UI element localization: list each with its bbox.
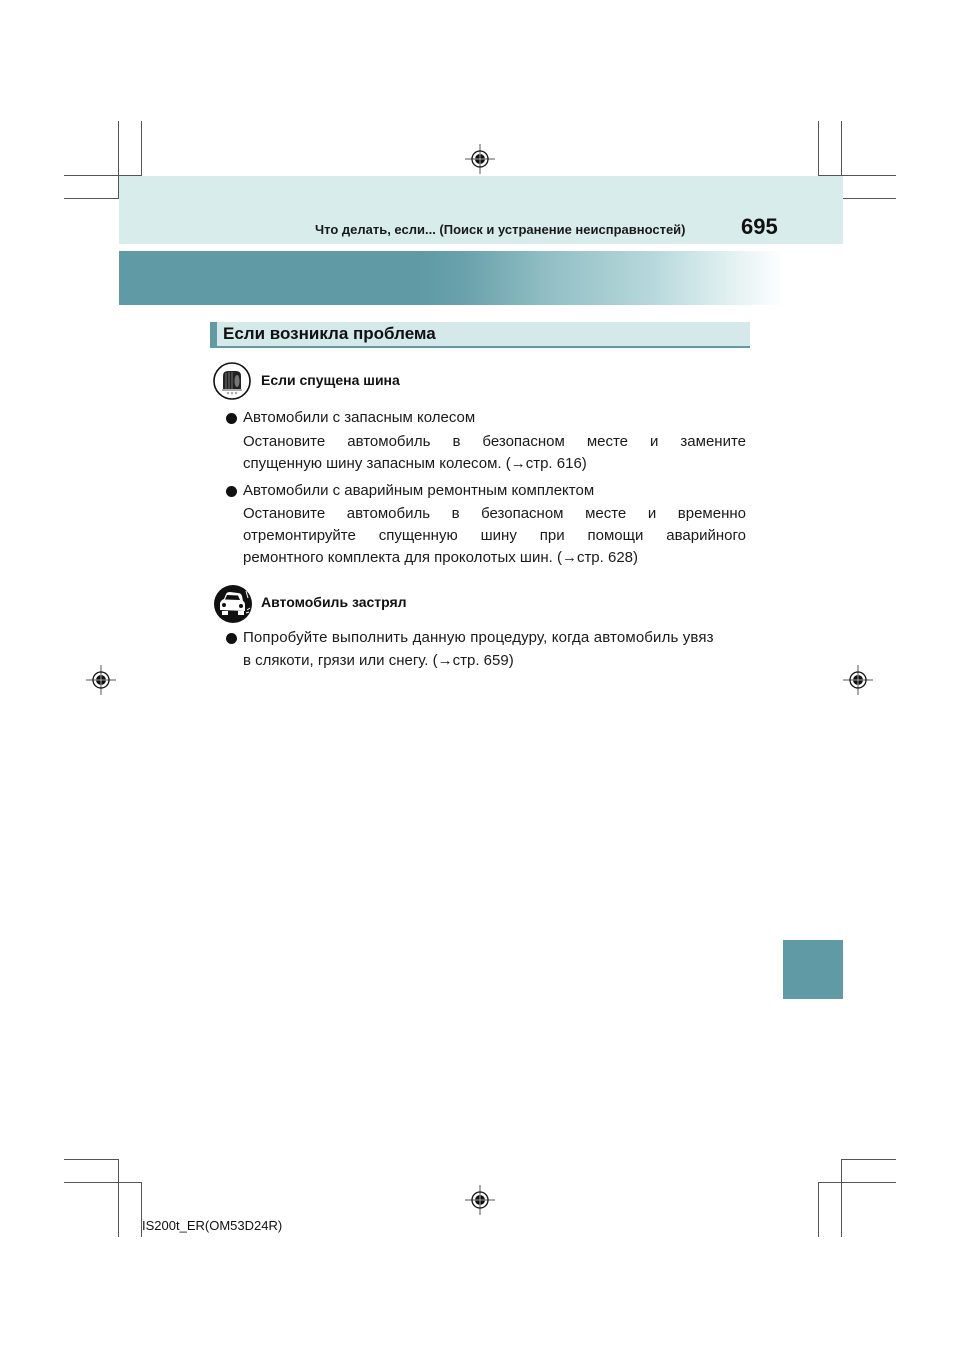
section-heading: Если возникла проблема (210, 322, 750, 348)
registration-mark-icon (86, 665, 116, 695)
topic-heading-flat-tire: Если спущена шина (261, 372, 400, 388)
bullet-icon (226, 633, 237, 644)
bullet-title: Автомобили с аварийным ремонтным комплек… (243, 482, 594, 499)
crop-mark (64, 198, 119, 199)
crop-mark (818, 1182, 819, 1237)
body-line: отремонтируйтеспущеннуюшинуприпомощиавар… (243, 527, 746, 544)
body-line: в слякоти, грязи или снегу. (→стр. 659) (243, 652, 514, 669)
bullet-icon (226, 413, 237, 424)
chapter-band (119, 251, 785, 305)
flat-tire-icon (213, 362, 251, 400)
bullet-title: Автомобили с запасным колесом (243, 409, 475, 426)
crop-mark (64, 1182, 142, 1183)
bullet-icon (226, 486, 237, 497)
body-line: Остановитеавтомобильвбезопасномместеизам… (243, 433, 746, 450)
crop-mark (818, 121, 819, 176)
registration-mark-icon (465, 144, 495, 174)
crop-mark (818, 1182, 896, 1183)
crop-mark (141, 121, 142, 176)
document-code: IS200t_ER(OM53D24R) (142, 1218, 282, 1233)
registration-mark-icon (843, 665, 873, 695)
crop-mark (841, 198, 896, 199)
registration-mark-icon (465, 1185, 495, 1215)
crop-mark (841, 1159, 896, 1160)
section-heading-accent (210, 322, 217, 348)
body-line: спущенную шину запасным колесом. (→стр. … (243, 455, 587, 472)
chapter-tab (783, 940, 843, 999)
crop-mark (64, 1159, 119, 1160)
crop-mark (841, 1159, 842, 1237)
body-line: Попробуйте выполнить данную процедуру, к… (243, 629, 714, 646)
body-line: Остановитеавтомобильвбезопасномместеивре… (243, 505, 746, 522)
topic-heading-stuck-car: Автомобиль застрял (261, 594, 407, 610)
running-title: Что делать, если... (Поиск и устранение … (315, 222, 686, 237)
stuck-car-icon (213, 584, 251, 622)
page-number: 695 (741, 214, 778, 240)
section-title: Если возникла проблема (223, 324, 436, 344)
crop-mark (118, 1159, 119, 1237)
body-line: ремонтного комплекта для проколотых шин.… (243, 549, 638, 566)
